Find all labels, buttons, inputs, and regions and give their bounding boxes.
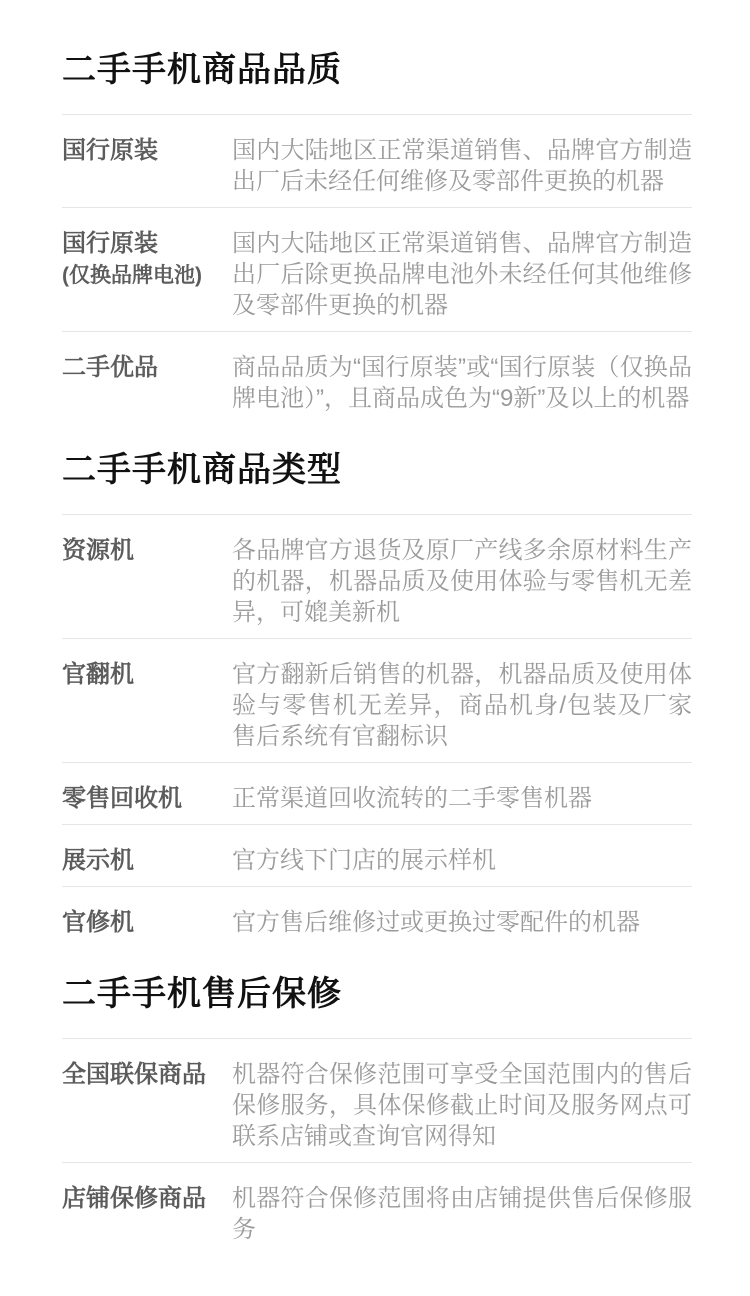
table-row: 国行原装 (仅换品牌电池) 国内大陆地区正常渠道销售、品牌官方制造出厂后除更换品… bbox=[62, 208, 692, 332]
term-label: 店铺保修商品 bbox=[62, 1183, 232, 1214]
term-label: 官翻机 bbox=[62, 659, 232, 690]
term-label: 资源机 bbox=[62, 535, 232, 566]
term-description: 机器符合保修范围将由店铺提供售后保修服务 bbox=[232, 1183, 692, 1245]
term-description: 国内大陆地区正常渠道销售、品牌官方制造出厂后未经任何维修及零部件更换的机器 bbox=[232, 135, 692, 197]
term-description: 官方线下门店的展示样机 bbox=[232, 845, 692, 876]
section-title: 二手手机售后保修 bbox=[62, 974, 692, 1014]
section-title: 二手手机商品类型 bbox=[62, 450, 692, 490]
term-column: 官翻机 bbox=[62, 659, 232, 690]
term-description: 商品品质为“国行原装”或“国行原装（仅换品牌电池）”，且商品成色为“9新”及以上… bbox=[232, 352, 692, 414]
term-label: 官修机 bbox=[62, 907, 232, 938]
term-label: 全国联保商品 bbox=[62, 1059, 232, 1090]
table-row: 国行原装 国内大陆地区正常渠道销售、品牌官方制造出厂后未经任何维修及零部件更换的… bbox=[62, 115, 692, 208]
table-row: 展示机 官方线下门店的展示样机 bbox=[62, 825, 692, 887]
term-description: 各品牌官方退货及原厂产线多余原材料生产的机器，机器品质及使用体验与零售机无差异，… bbox=[232, 535, 692, 628]
term-column: 展示机 bbox=[62, 845, 232, 876]
term-sublabel: (仅换品牌电池) bbox=[62, 262, 232, 289]
term-label: 展示机 bbox=[62, 845, 232, 876]
table-row: 全国联保商品 机器符合保修范围可享受全国范围内的售后保修服务，具体保修截止时间及… bbox=[62, 1039, 692, 1163]
term-description: 正常渠道回收流转的二手零售机器 bbox=[232, 783, 692, 814]
term-description: 机器符合保修范围可享受全国范围内的售后保修服务，具体保修截止时间及服务网点可联系… bbox=[232, 1059, 692, 1152]
detail-page: 二手手机商品品质 国行原装 国内大陆地区正常渠道销售、品牌官方制造出厂后未经任何… bbox=[0, 0, 750, 1296]
table-row: 店铺保修商品 机器符合保修范围将由店铺提供售后保修服务 bbox=[62, 1163, 692, 1255]
section-product-type: 二手手机商品类型 资源机 各品牌官方退货及原厂产线多余原材料生产的机器，机器品质… bbox=[62, 450, 692, 948]
table-row: 官修机 官方售后维修过或更换过零配件的机器 bbox=[62, 887, 692, 948]
section-after-sales-warranty: 二手手机售后保修 全国联保商品 机器符合保修范围可享受全国范围内的售后保修服务，… bbox=[62, 974, 692, 1255]
spec-table: 国行原装 国内大陆地区正常渠道销售、品牌官方制造出厂后未经任何维修及零部件更换的… bbox=[62, 114, 692, 424]
section-product-quality: 二手手机商品品质 国行原装 国内大陆地区正常渠道销售、品牌官方制造出厂后未经任何… bbox=[62, 50, 692, 424]
spec-table: 全国联保商品 机器符合保修范围可享受全国范围内的售后保修服务，具体保修截止时间及… bbox=[62, 1038, 692, 1255]
term-description: 官方售后维修过或更换过零配件的机器 bbox=[232, 907, 692, 938]
table-row: 二手优品 商品品质为“国行原装”或“国行原装（仅换品牌电池）”，且商品成色为“9… bbox=[62, 332, 692, 424]
term-description: 国内大陆地区正常渠道销售、品牌官方制造出厂后除更换品牌电池外未经任何其他维修及零… bbox=[232, 228, 692, 321]
term-label: 国行原装 bbox=[62, 135, 232, 166]
term-column: 店铺保修商品 bbox=[62, 1183, 232, 1214]
term-column: 二手优品 bbox=[62, 352, 232, 383]
term-column: 全国联保商品 bbox=[62, 1059, 232, 1090]
term-column: 国行原装 (仅换品牌电池) bbox=[62, 228, 232, 289]
term-column: 官修机 bbox=[62, 907, 232, 938]
term-description: 官方翻新后销售的机器，机器品质及使用体验与零售机无差异，商品机身/包装及厂家售后… bbox=[232, 659, 692, 752]
term-label: 二手优品 bbox=[62, 352, 232, 383]
term-column: 资源机 bbox=[62, 535, 232, 566]
spec-table: 资源机 各品牌官方退货及原厂产线多余原材料生产的机器，机器品质及使用体验与零售机… bbox=[62, 514, 692, 948]
table-row: 官翻机 官方翻新后销售的机器，机器品质及使用体验与零售机无差异，商品机身/包装及… bbox=[62, 639, 692, 763]
term-column: 国行原装 bbox=[62, 135, 232, 166]
table-row: 资源机 各品牌官方退货及原厂产线多余原材料生产的机器，机器品质及使用体验与零售机… bbox=[62, 515, 692, 639]
table-row: 零售回收机 正常渠道回收流转的二手零售机器 bbox=[62, 763, 692, 825]
term-label: 零售回收机 bbox=[62, 783, 232, 814]
term-column: 零售回收机 bbox=[62, 783, 232, 814]
section-title: 二手手机商品品质 bbox=[62, 50, 692, 90]
term-label: 国行原装 bbox=[62, 228, 232, 259]
